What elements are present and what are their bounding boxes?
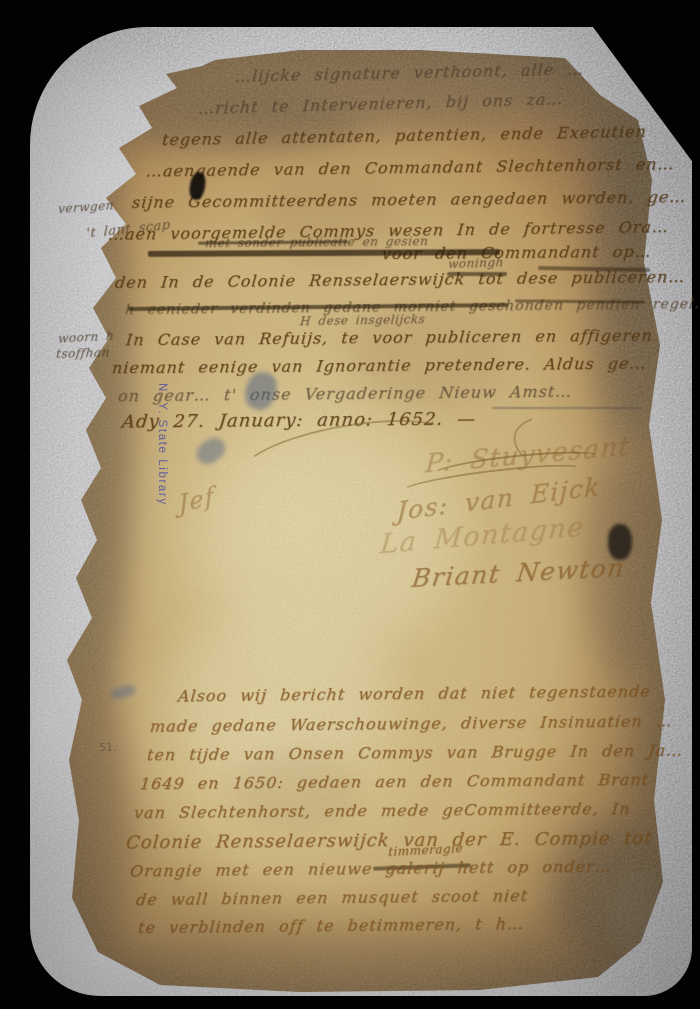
interline-note: H dese insgelijcks <box>299 312 425 328</box>
margin-note: verwgen <box>58 198 115 216</box>
jef-scribble: Jef <box>178 481 216 518</box>
interline-note: woningh <box>448 255 505 271</box>
pencil-line <box>492 407 642 409</box>
text-line: te verblinden off te betimmeren, t h… <box>137 914 525 937</box>
text-line: 1649 en 1650: gedaen aen den Commandant … <box>139 770 650 793</box>
text-line: van Slechtenhorst, ende mede geCommittee… <box>133 799 631 822</box>
text-line: …aengaende van den Commandant Slechtenho… <box>145 154 675 180</box>
text-line: niemant eenige van Ignorantie pretendere… <box>111 354 647 378</box>
ink-smudge <box>109 683 137 701</box>
ink-blot <box>608 524 632 560</box>
text-line: made gedane Waerschouwinge, diverse Insi… <box>149 711 674 735</box>
text-line: In Case van Refuijs, te voor publiceren … <box>125 326 654 350</box>
photograph-of-burned-manuscript: …lijcke signature verthoont, alle … …ric… <box>0 0 700 1009</box>
margin-note: tsoffhan <box>55 345 110 361</box>
text-line: …lijcke signature verthoont, alle … <box>234 59 585 85</box>
ink-smudge <box>192 433 229 468</box>
text-line: Orangie met een nieuwe galerij hett op o… <box>129 856 612 880</box>
signature: Briant Newton <box>410 552 626 592</box>
margin-note: woorn h <box>57 328 114 345</box>
library-stamp: N. Y. State Library <box>156 383 168 506</box>
text-line: ten tijde van Onsen Commys van Brugge In… <box>146 741 684 765</box>
interline-note: timmeragie <box>388 841 464 859</box>
text-line: sijne Gecommitteerdens moeten aengedaen … <box>131 187 687 212</box>
text-line: …richt te Intervenieren, bij ons za… <box>197 89 564 118</box>
pencil-number: 51. <box>99 741 117 754</box>
text-line: tegens alle attentaten, patentien, ende … <box>161 122 647 149</box>
strikethrough <box>447 272 507 276</box>
text-line: Alsoo wij bericht worden dat niet tegens… <box>177 682 651 706</box>
text-line: de wall binnen een musquet scoot niet <box>135 886 529 909</box>
text-line: on gear… t' onse Vergaderinge Nieuw Amst… <box>117 382 573 406</box>
ink-layer: …lijcke signature verthoont, alle … …ric… <box>0 0 700 1009</box>
